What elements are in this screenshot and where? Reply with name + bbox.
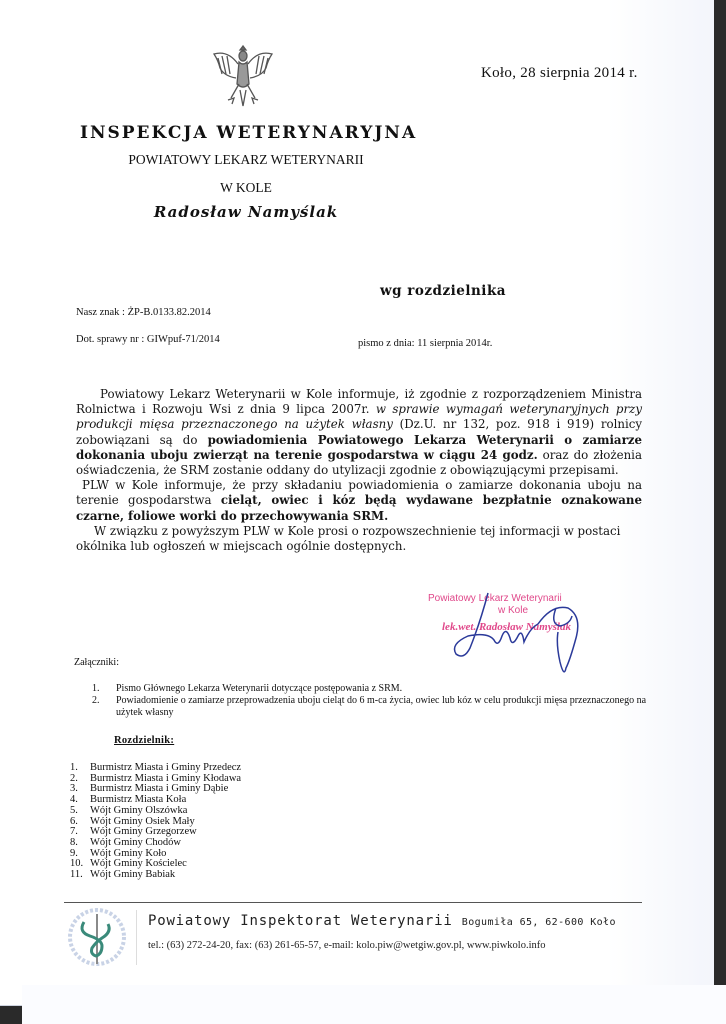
office-city: W KOLE — [116, 180, 376, 196]
attachment-item: 1.Pismo Głównego Lekarza Weterynarii dot… — [92, 683, 652, 695]
item-text: Burmistrz Miasta i Gminy Dąbie — [90, 783, 228, 794]
letter-date: pismo z dnia: 11 sierpnia 2014r. — [358, 338, 492, 349]
institution-title: INSPEKCJA WETERYNARYJNA — [80, 123, 417, 143]
case-number: Dot. sprawy nr : GIWpuf-71/2014 — [76, 334, 220, 345]
item-text: Wójt Gminy Koło — [90, 848, 166, 859]
item-text: Wójt Gminy Kościelec — [90, 858, 187, 869]
item-number: 5. — [70, 806, 78, 817]
office-title: POWIATOWY LEKARZ WETERYNARII — [116, 152, 376, 168]
distribution-list: 1.Burmistrz Miasta i Gminy Przedecz 2.Bu… — [70, 763, 241, 881]
distribution-item: 11.Wójt Gminy Babiak — [70, 870, 241, 881]
letter-body: Powiatowy Lekarz Weterynarii w Kole info… — [76, 387, 642, 554]
our-reference: Nasz znak : ŻP-B.0133.82.2014 — [76, 307, 211, 318]
paragraph-1: Powiatowy Lekarz Weterynarii w Kole info… — [76, 387, 642, 478]
item-text: Wójt Gminy Olszówka — [90, 805, 187, 816]
item-number: 1. — [92, 683, 100, 695]
signature-icon — [438, 578, 618, 678]
footer-separator — [136, 910, 137, 965]
item-text: Wójt Gminy Chodów — [90, 837, 181, 848]
footer-divider — [64, 902, 642, 903]
polish-eagle-icon — [210, 40, 276, 112]
distribution-title: Rozdzielnik: — [114, 735, 174, 746]
item-text: Powiadomienie o zamiarze przeprowadzenia… — [116, 695, 646, 718]
caduceus-icon — [66, 906, 128, 968]
item-number: 2. — [92, 695, 100, 707]
item-number: 11. — [70, 870, 83, 881]
paragraph-3: W związku z powyższym PLW w Kole prosi o… — [76, 524, 642, 554]
attachment-item: 2.Powiadomienie o zamiarze przeprowadzen… — [92, 695, 652, 719]
recipient: wg rozdzielnika — [380, 283, 506, 299]
item-text: Wójt Gminy Babiak — [90, 869, 175, 880]
place-date: Koło, 28 sierpnia 2014 r. — [481, 65, 638, 82]
item-text: Burmistrz Miasta i Gminy Przedecz — [90, 762, 241, 773]
official-name: Radosław Namyślak — [116, 203, 376, 221]
item-text: Wójt Gminy Osiek Mały — [90, 816, 195, 827]
scan-edge — [22, 985, 726, 1024]
footer-contact: tel.: (63) 272-24-20, fax: (63) 261-65-5… — [148, 940, 546, 951]
attachments-list: 1.Pismo Głównego Lekarza Weterynarii dot… — [92, 683, 652, 719]
item-text: Burmistrz Miasta i Gminy Kłodawa — [90, 773, 241, 784]
org-name: Powiatowy Inspektorat Weterynarii — [148, 913, 453, 929]
paragraph-2: PLW w Kole informuje, że przy składaniu … — [76, 478, 642, 524]
document-page: Koło, 28 sierpnia 2014 r. INSPEKCJA WETE… — [0, 0, 714, 1006]
attachments-label: Załączniki: — [74, 657, 119, 668]
item-text: Pismo Głównego Lekarza Weterynarii dotyc… — [116, 683, 402, 694]
item-text: Wójt Gminy Grzegorzew — [90, 826, 197, 837]
footer-organization: Powiatowy Inspektorat Weterynarii Bogumi… — [148, 913, 616, 929]
item-text: Burmistrz Miasta Koła — [90, 794, 186, 805]
org-address: Bogumiła 65, 62-600 Koło — [462, 917, 616, 928]
